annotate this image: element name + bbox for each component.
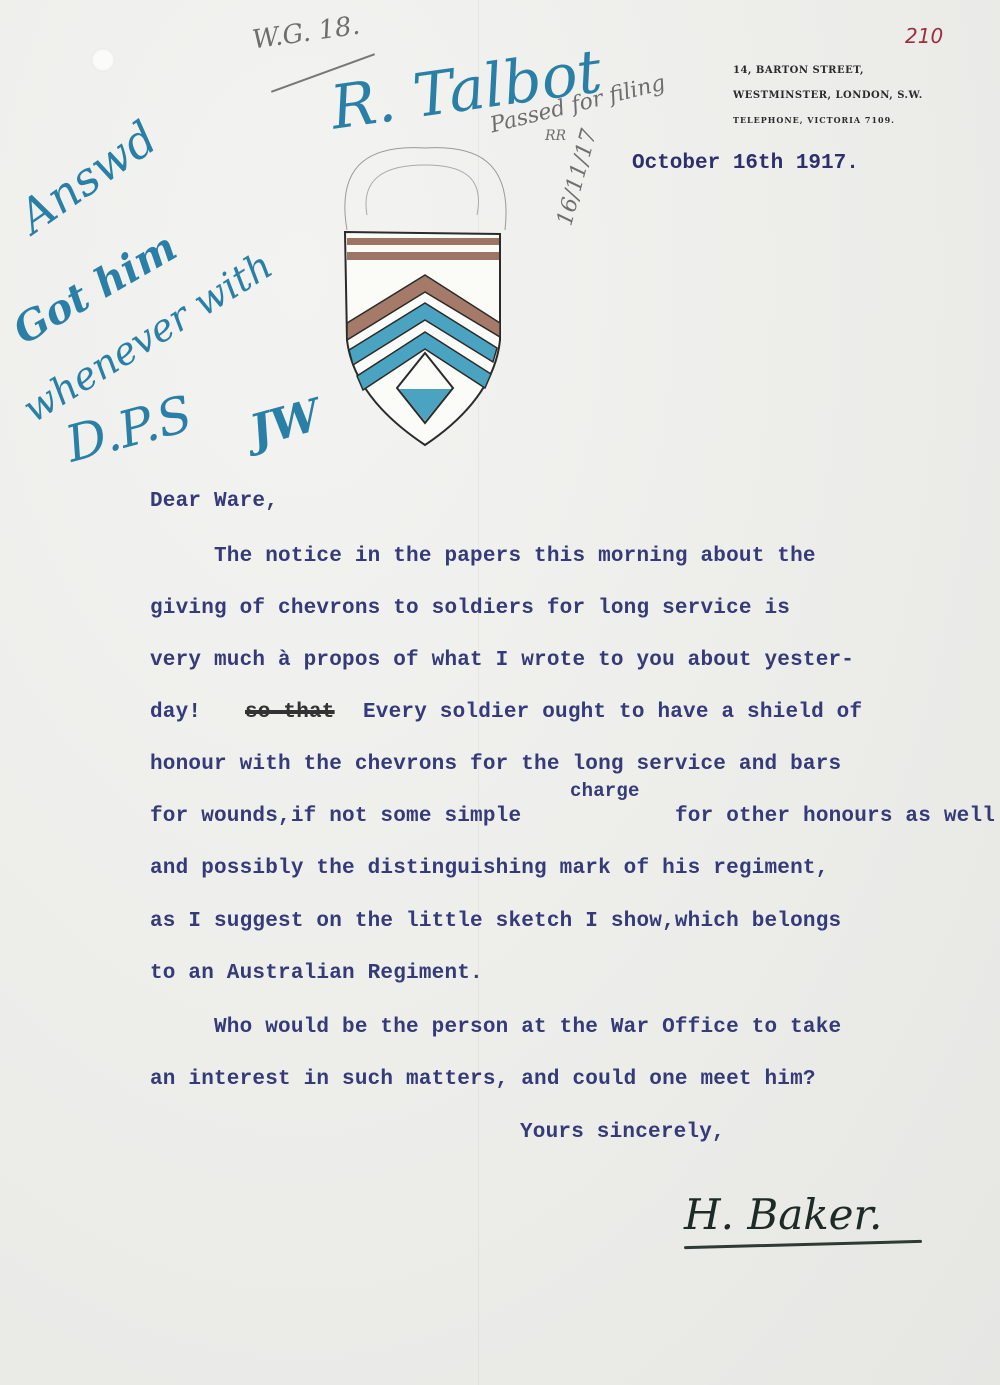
signature: H. Baker. <box>684 1190 882 1239</box>
punch-hole <box>91 48 115 72</box>
body-line-4-end: Every soldier ought to have a shield of <box>363 701 862 724</box>
letterhead-city: WESTMINSTER, LONDON, S.W. <box>733 83 923 108</box>
body-line-4-start: day! <box>150 701 201 724</box>
body-line-6-start: for wounds,if not some simple <box>150 805 521 828</box>
file-reference-note: W.G. 18. <box>250 11 361 56</box>
margin-note-initials: JW <box>245 390 326 457</box>
letterhead-address: 14, BARTON STREET, <box>733 58 923 83</box>
body-line-11: an interest in such matters, and could o… <box>150 1068 816 1091</box>
body-line-5: honour with the chevrons for the long se… <box>150 753 841 776</box>
body-line-8: as I suggest on the little sketch I show… <box>150 910 841 933</box>
signature-underline <box>684 1240 922 1249</box>
struck-out-text: so that <box>245 701 335 724</box>
body-line-1: The notice in the papers this morning ab… <box>150 545 816 568</box>
closing: Yours sincerely, <box>520 1121 725 1144</box>
body-line-2: giving of chevrons to soldiers for long … <box>150 597 790 620</box>
shield-sketch <box>335 140 515 460</box>
body-line-7: and possibly the distinguishing mark of … <box>150 857 829 880</box>
letter-date: October 16th 1917. <box>632 152 859 175</box>
salutation: Dear Ware, <box>150 490 278 513</box>
margin-note-answered: Answd <box>9 110 167 243</box>
pencil-initials: RR <box>545 128 566 144</box>
letterhead-telephone: TELEPHONE, VICTORIA 7109. <box>733 108 923 133</box>
body-line-6-end: for other honours as well <box>675 805 995 828</box>
inserted-word: charge <box>570 780 640 802</box>
body-line-10: Who would be the person at the War Offic… <box>150 1016 841 1039</box>
body-line-3: very much à propos of what I wrote to yo… <box>150 649 854 672</box>
page-number: 210 <box>905 24 943 48</box>
body-line-9: to an Australian Regiment. <box>150 962 483 985</box>
letterhead: 14, BARTON STREET, WESTMINSTER, LONDON, … <box>733 58 923 133</box>
